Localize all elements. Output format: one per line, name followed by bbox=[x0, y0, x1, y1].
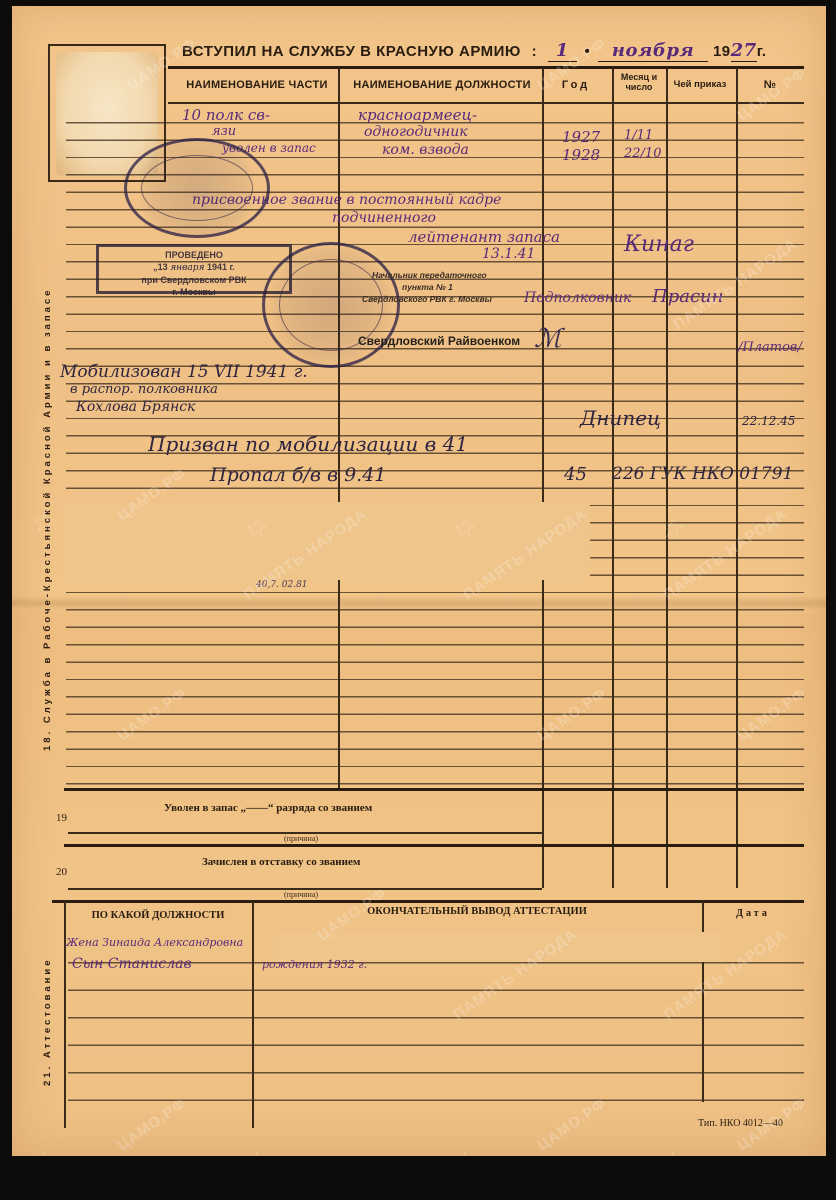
att-hand-line2: Сын Станислав bbox=[72, 956, 192, 972]
promotion-line2: подчиненного bbox=[332, 210, 436, 226]
row-20-number: 20 bbox=[56, 866, 67, 878]
row-20-text: Зачислен в отставку со званием bbox=[202, 856, 360, 868]
round-stamp-top bbox=[124, 138, 270, 238]
watermark-star-icon: ☆ bbox=[32, 1146, 57, 1156]
row-20-reason: (причина) bbox=[284, 890, 318, 899]
attestation-rule bbox=[52, 900, 804, 903]
att-col-date: Дата bbox=[702, 908, 804, 919]
right-signature: Днипец bbox=[580, 406, 661, 430]
att-hand-line1: Жена Зинаида Александровна bbox=[66, 936, 243, 949]
header-rule bbox=[168, 66, 804, 69]
position-line1: красноармеец- bbox=[358, 106, 477, 124]
date-2: 22/10 bbox=[624, 146, 661, 161]
row-19-number: 19 bbox=[56, 812, 67, 824]
redacted-area bbox=[64, 502, 590, 580]
mobilized-line3: Кохлова Брянск bbox=[76, 399, 195, 415]
col-header-year: Год bbox=[542, 79, 610, 91]
rvk-rank: Подполковник bbox=[524, 290, 631, 306]
att-col-position: ПО КАКОЙ ДОЛЖНОСТИ bbox=[64, 910, 252, 921]
called-up-entry: Призван по мобилизации в 41 bbox=[148, 432, 468, 456]
form-code: Тип. НКО 4012—40 bbox=[698, 1118, 783, 1129]
rvk-bracket-name: /Платов/ bbox=[738, 340, 802, 355]
promotion-date: 13.1.41 bbox=[482, 246, 535, 262]
faint-note: 40,7. 02.81 bbox=[256, 580, 308, 590]
section-18-label: 18. Служба в Рабоче-Крестьянской Красной… bbox=[42, 288, 53, 751]
rvk-line2: пункта № 1 bbox=[402, 282, 453, 292]
document-title: ВСТУПИЛ НА СЛУЖБУ В КРАСНУЮ АРМИЮ : 1 • … bbox=[182, 40, 767, 61]
order-number: 45 bbox=[564, 464, 587, 485]
promotion-line3: лейтенант запаса bbox=[408, 228, 560, 246]
right-signature-date: 22.12.45 bbox=[742, 414, 795, 428]
att-col-conclusion: ОКОНЧАТЕЛЬНЫЙ ВЫВОД АТТЕСТАЦИИ bbox=[252, 906, 702, 917]
section-19-rule bbox=[64, 788, 804, 791]
missing-entry: Пропал б/в в 9.41 bbox=[210, 464, 386, 486]
title-month: ноября bbox=[598, 40, 708, 62]
position-line2: одногодичник bbox=[364, 124, 468, 140]
mobilized-line1: Мобилизован 15 VII 1941 г. bbox=[60, 362, 308, 382]
col-header-position: НАИМЕНОВАНИЕ ДОЛЖНОСТИ bbox=[342, 79, 542, 91]
rvk-scrawl-signature: ℳ bbox=[534, 324, 562, 354]
unit-line1: 10 полк св- bbox=[182, 106, 270, 124]
section-20-rule bbox=[64, 844, 804, 847]
rvk-line3: Свердловского РВК г. Москвы bbox=[362, 294, 492, 304]
row-19-reason: (причина) bbox=[284, 834, 318, 843]
title-year: 27 bbox=[731, 40, 757, 62]
order-reference: 226 ГУК НКО 01791 bbox=[612, 464, 793, 484]
col-header-number: № bbox=[736, 79, 804, 91]
header-bottom-rule bbox=[168, 102, 804, 104]
mobilized-line2: в распор. полковника bbox=[70, 382, 218, 397]
watermark-star-icon: ☆ bbox=[244, 1146, 269, 1156]
unit-line2: язи bbox=[212, 124, 236, 139]
col-header-order: Чей приказ bbox=[666, 79, 734, 90]
rvk-signature: Прасин bbox=[652, 286, 723, 307]
registration-stamp: ПРОВЕДЕНО „13 января 1941 г. при Свердло… bbox=[96, 244, 292, 294]
watermark-star-icon: ☆ bbox=[660, 1146, 685, 1156]
col-header-date: Месяц и число bbox=[612, 72, 666, 92]
date-1: 1/11 bbox=[624, 128, 653, 143]
year-2: 1928 bbox=[562, 146, 600, 164]
document-sheet: ВСТУПИЛ НА СЛУЖБУ В КРАСНУЮ АРМИЮ : 1 • … bbox=[12, 6, 826, 1156]
promotion-signature: Кинаг bbox=[624, 232, 694, 257]
title-day: 1 bbox=[548, 40, 577, 62]
row-19-text: Уволен в запас „——“ разряда со званием bbox=[164, 802, 372, 814]
section-21-label: 21. Аттестование bbox=[42, 957, 53, 1086]
watermark-star-icon: ☆ bbox=[452, 1146, 477, 1156]
att-hand-line2b: рождения 1932 г. bbox=[262, 958, 367, 971]
col-header-unit: НАИМЕНОВАНИЕ ЧАСТИ bbox=[172, 79, 342, 91]
position-line3: ком. взвода bbox=[382, 142, 469, 158]
rvk-printed-title: Свердловский Райвоенком bbox=[358, 334, 520, 348]
year-1: 1927 bbox=[562, 128, 600, 146]
rvk-line1: Начальник передаточного bbox=[372, 270, 487, 280]
